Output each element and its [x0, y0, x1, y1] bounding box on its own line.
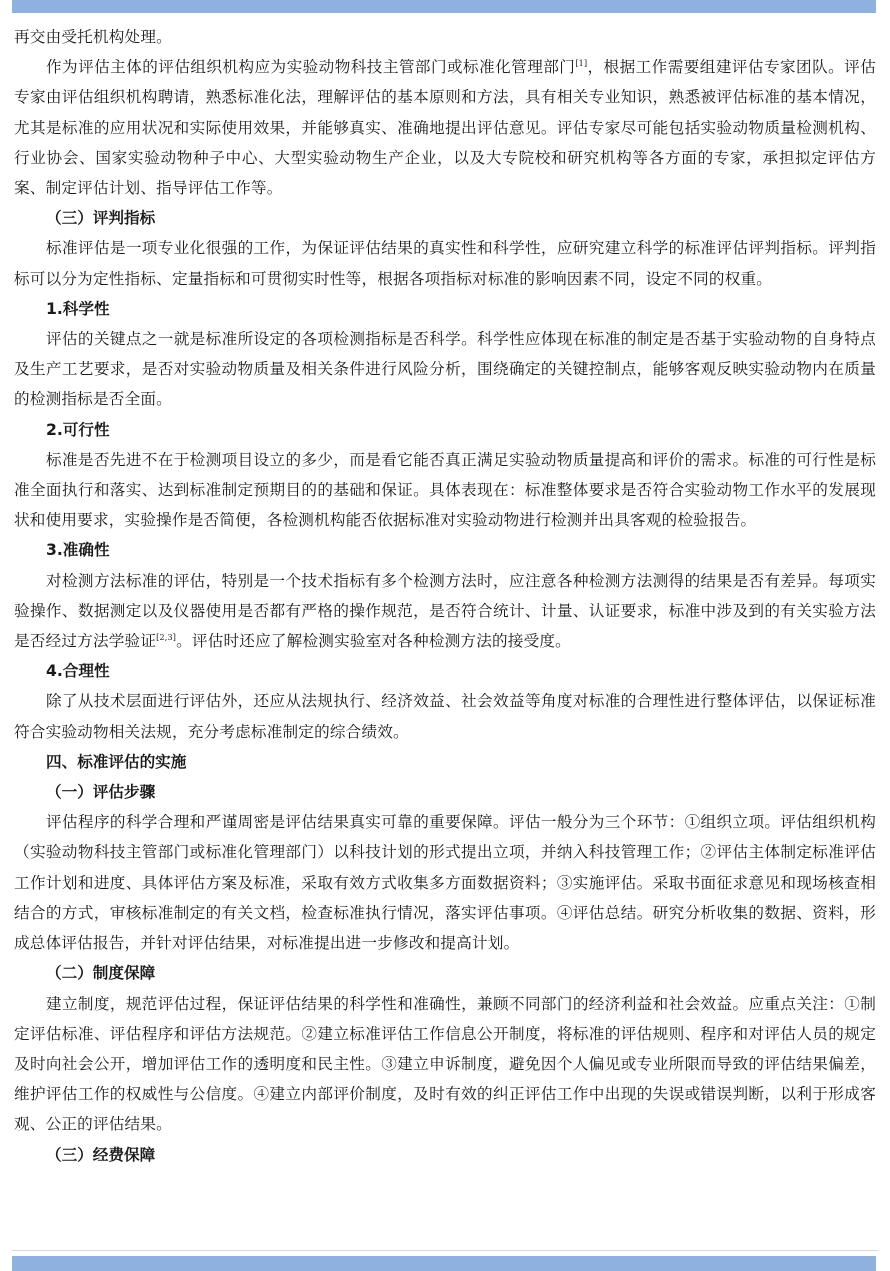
chapter-heading: 四、标准评估的实施	[14, 747, 876, 777]
paragraph: 评估的关键点之一就是标准所设定的各项检测指标是否科学。科学性应体现在标准的制定是…	[14, 324, 876, 415]
section-heading: （二）制度保障	[14, 958, 876, 988]
section-heading: （三）经费保障	[14, 1140, 876, 1170]
paragraph: 再交由受托机构处理。	[14, 22, 876, 52]
subsection-heading: 2.可行性	[14, 415, 876, 445]
section-heading: （三）评判指标	[14, 203, 876, 233]
paragraph: 除了从技术层面进行评估外，还应从法规执行、经济效益、社会效益等角度对标准的合理性…	[14, 686, 876, 746]
subsection-heading: 1.科学性	[14, 294, 876, 324]
footer-band	[12, 1256, 876, 1271]
paragraph: 作为评估主体的评估组织机构应为实验动物科技主管部门或标准化管理部门[1]，根据工…	[14, 52, 876, 203]
subsection-heading: 4.合理性	[14, 656, 876, 686]
citation: [2,3]	[156, 633, 176, 642]
paragraph: 标准评估是一项专业化很强的工作，为保证评估结果的真实性和科学性，应研究建立科学的…	[14, 233, 876, 293]
footer-divider	[12, 1250, 878, 1251]
subsection-heading: 3.准确性	[14, 535, 876, 565]
citation: [1]	[575, 59, 587, 68]
document-body: 再交由受托机构处理。 作为评估主体的评估组织机构应为实验动物科技主管部门或标准化…	[14, 22, 876, 1170]
paragraph: 建立制度，规范评估过程，保证评估结果的科学性和准确性，兼顾不同部门的经济利益和社…	[14, 989, 876, 1140]
paragraph: 标准是否先进不在于检测项目设立的多少，而是看它能否真正满足实验动物质量提高和评价…	[14, 445, 876, 536]
header-band	[12, 0, 876, 13]
section-heading: （一）评估步骤	[14, 777, 876, 807]
paragraph: 对检测方法标准的评估，特别是一个技术指标有多个检测方法时，应注意各种检测方法测得…	[14, 566, 876, 657]
paragraph: 评估程序的科学合理和严谨周密是评估结果真实可靠的重要保障。评估一般分为三个环节：…	[14, 807, 876, 958]
